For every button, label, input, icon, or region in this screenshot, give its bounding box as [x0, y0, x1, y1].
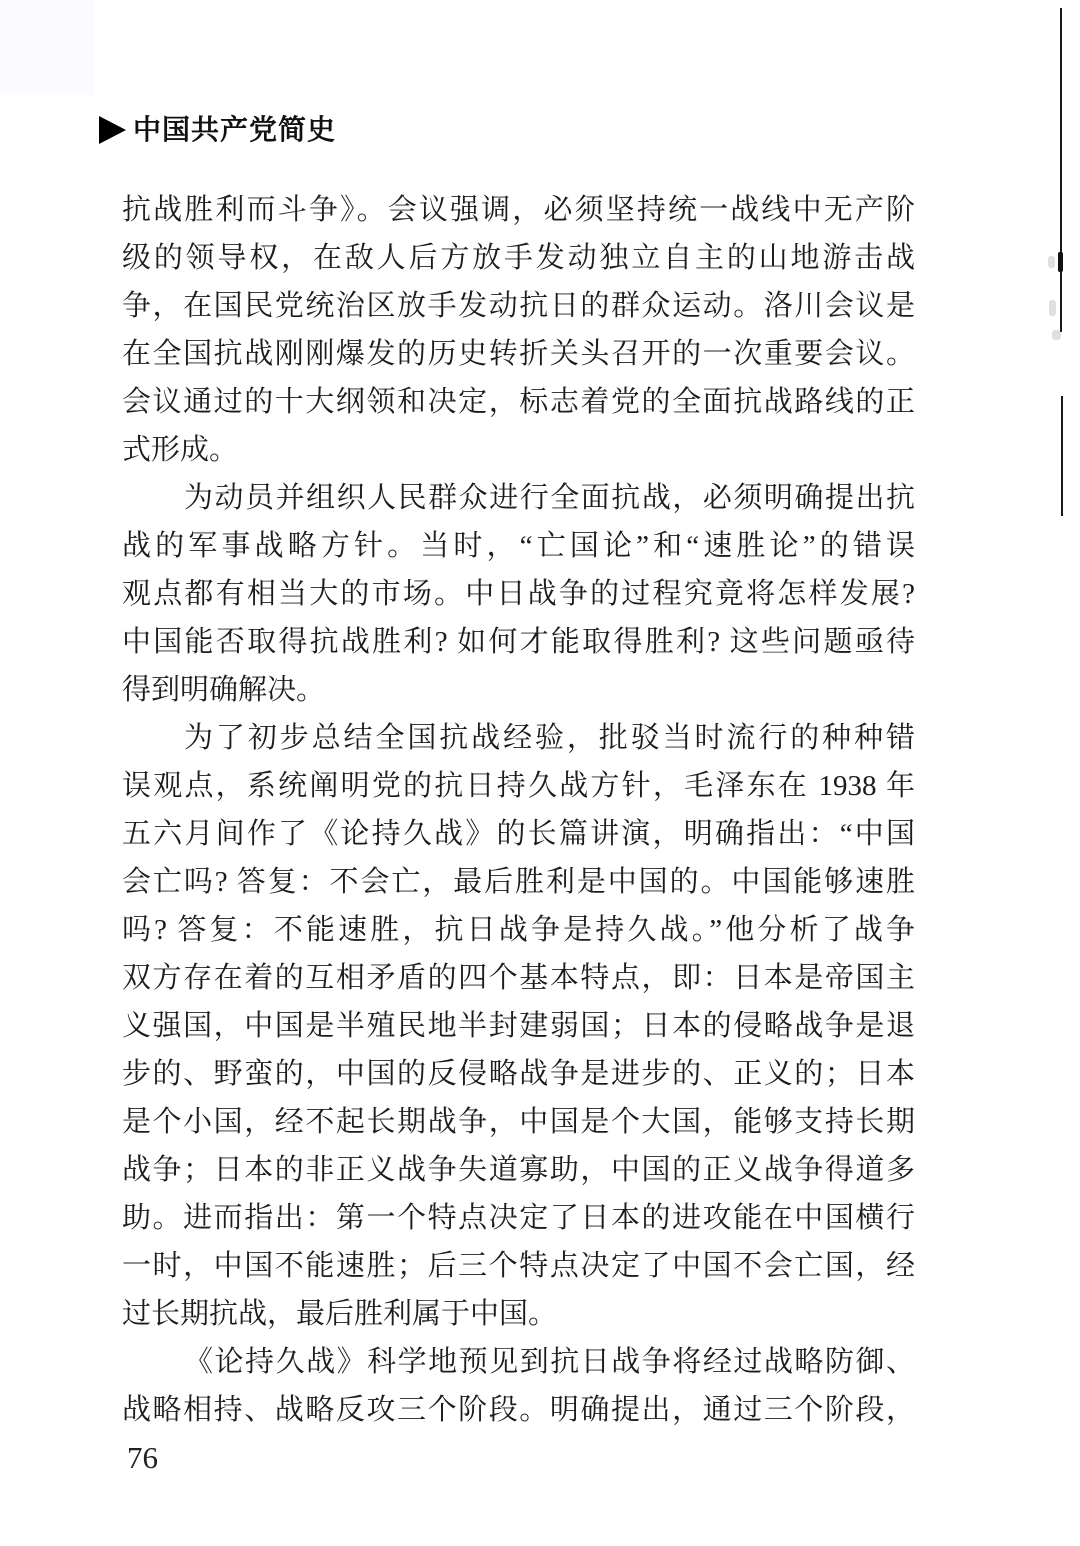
text-line: 五六月间作了《论持久战》的长篇讲演，明确指出：“中国	[122, 810, 915, 858]
text-line: 《论持久战》科学地预见到抗日战争将经过战略防御、	[122, 1338, 915, 1386]
text-line: 误观点，系统阐明党的抗日持久战方针，毛泽东在 1938 年	[122, 762, 915, 810]
text-line: 双方存在着的互相矛盾的四个基本特点，即：日本是帝国主	[122, 954, 915, 1002]
scan-edge-blob	[1058, 252, 1063, 272]
running-header: 中国共产党简史	[99, 114, 336, 146]
text-line: 义强国，中国是半殖民地半封建弱国；日本的侵略战争是退	[122, 1002, 915, 1050]
running-header-title: 中国共产党简史	[133, 114, 336, 146]
text-line: 步的、野蛮的，中国的反侵略战争是进步的、正义的；日本	[122, 1050, 915, 1098]
text-line: 一时，中国不能速胜；后三个特点决定了中国不会亡国，经	[122, 1242, 915, 1290]
text-line: 助。进而指出：第一个特点决定了日本的进攻能在中国横行	[122, 1194, 915, 1242]
text-line: 过长期抗战，最后胜利属于中国。	[122, 1290, 915, 1338]
text-line: 为了初步总结全国抗战经验，批驳当时流行的种种错	[122, 714, 915, 762]
text-line: 战略相持、战略反攻三个阶段。明确提出，通过三个阶段，	[122, 1386, 915, 1434]
text-line: 级的领导权，在敌人后方放手发动独立自主的山地游击战	[122, 234, 915, 282]
text-line: 争，在国民党统治区放手发动抗日的群众运动。洛川会议是	[122, 282, 915, 330]
book-page: 中国共产党简史 抗战胜利而斗争》。会议强调，必须坚持统一战线中无产阶级的领导权，…	[0, 0, 1080, 1546]
text-line: 战的军事战略方针。当时，“亡国论”和“速胜论”的错误	[122, 522, 915, 570]
text-line: 吗? 答复：不能速胜，抗日战争是持久战。”他分析了战争	[122, 906, 915, 954]
scan-edge-smudge	[1048, 256, 1055, 268]
text-line: 会议通过的十大纲领和决定，标志着党的全面抗战路线的正	[122, 378, 915, 426]
text-line: 战争；日本的非正义战争失道寡助，中国的正义战争得道多	[122, 1146, 915, 1194]
scan-corner-smudge	[0, 0, 95, 95]
text-line: 观点都有相当大的市场。中日战争的过程究竟将怎样发展?	[122, 570, 915, 618]
text-line: 抗战胜利而斗争》。会议强调，必须坚持统一战线中无产阶	[122, 186, 915, 234]
text-line: 在全国抗战刚刚爆发的历史转折关头召开的一次重要会议。	[122, 330, 915, 378]
text-line: 得到明确解决。	[122, 666, 915, 714]
text-line: 为动员并组织人民群众进行全面抗战，必须明确提出抗	[122, 474, 915, 522]
text-line: 式形成。	[122, 426, 915, 474]
body-text-block: 抗战胜利而斗争》。会议强调，必须坚持统一战线中无产阶级的领导权，在敌人后方放手发…	[122, 186, 915, 1434]
scan-edge-line-bottom	[1061, 396, 1063, 516]
text-line: 中国能否取得抗战胜利? 如何才能取得胜利? 这些问题亟待	[122, 618, 915, 666]
page-number: 76	[127, 1440, 158, 1476]
text-line: 是个小国，经不起长期战争，中国是个大国，能够支持长期	[122, 1098, 915, 1146]
scan-edge-smudge	[1052, 330, 1061, 340]
scan-edge-smudge	[1049, 300, 1056, 316]
scan-edge-line-top	[1060, 8, 1062, 332]
section-marker-triangle-icon	[99, 116, 126, 144]
text-line: 会亡吗? 答复：不会亡，最后胜利是中国的。中国能够速胜	[122, 858, 915, 906]
